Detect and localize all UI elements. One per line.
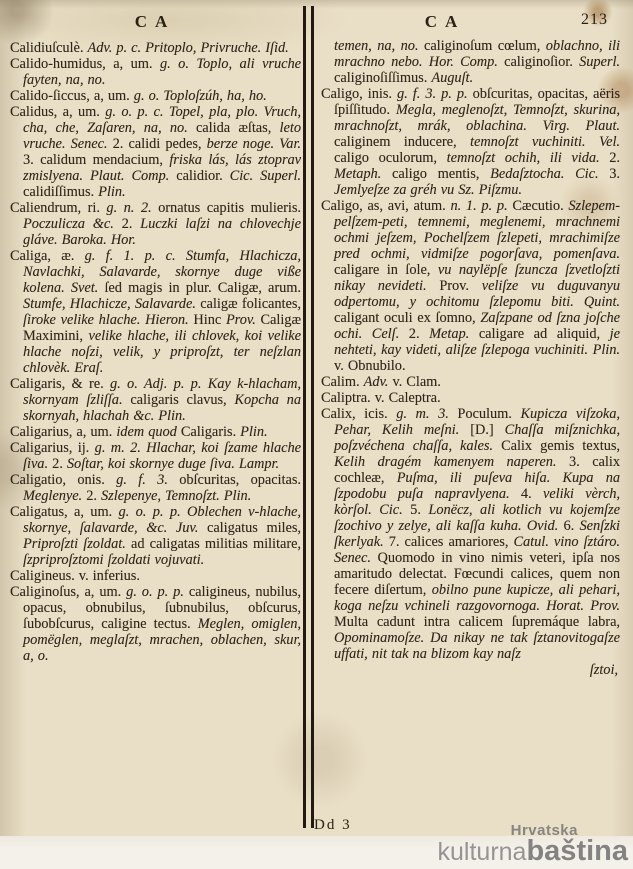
latin-text: caligare ad aliquid,	[479, 326, 610, 342]
dictionary-entry: Caliendrum, ri. g. n. 2. ornatus capitis…	[10, 200, 301, 248]
column-divider-rule	[303, 6, 314, 828]
latin-text: 6.	[564, 518, 580, 534]
latin-text: Caliginoſus, a, um.	[10, 584, 126, 600]
latin-text: Caligineus. v. inferius.	[10, 568, 140, 584]
latin-text: caligo oculorum,	[334, 150, 447, 166]
dictionary-entry: Calix, icis. g. m. 3. Poculum. Kupicza v…	[321, 406, 620, 662]
gloss-text: Adv. p. c. Pritoplo, Privruche. Iſid.	[88, 40, 289, 56]
gloss-text: g. f. 3. p. p.	[397, 86, 473, 102]
latin-text: Caligaris, & re.	[10, 376, 110, 392]
gloss-text: Opominamoſze. Da nikay ne tak ſztanovito…	[334, 630, 620, 662]
latin-text: v. Obnubilo.	[334, 358, 405, 374]
latin-text: Poculum.	[457, 406, 520, 422]
latin-text: Multa cadunt intra calicem ſupremáque la…	[334, 614, 620, 630]
latin-text: caligare in ſole,	[334, 262, 438, 278]
latin-text: Caligo, as, avi, atum.	[321, 198, 450, 214]
gloss-text: Plin.	[240, 424, 267, 440]
right-column: temen, na, no. caliginoſum cœlum, oblach…	[321, 38, 620, 678]
latin-text: caliginoſior.	[504, 54, 579, 70]
latin-text: 4.	[521, 486, 543, 502]
gloss-text: g. f. 3.	[116, 472, 179, 488]
latin-text: 2.	[122, 216, 141, 232]
latin-text: calida æſtas,	[196, 120, 280, 136]
running-header-right: CA	[382, 12, 500, 32]
gloss-text: Meglenye.	[23, 488, 86, 504]
gloss-text: temen, na, no.	[334, 38, 424, 54]
catchword: ſztoi,	[321, 662, 620, 678]
gloss-text: Bedaſztocha. Cic.	[490, 166, 609, 182]
latin-text: 2. calidi pedes,	[113, 136, 207, 152]
dictionary-entry: Caligineus. v. inferius.	[10, 568, 301, 584]
latin-text: Calim.	[321, 374, 364, 390]
book-page-scan: CA CA 213 Calidiuſculè. Adv. p. c. Prito…	[0, 0, 633, 869]
dictionary-entry: Caliga, æ. g. f. 1. p. c. Stumfa, Hlachi…	[10, 248, 301, 376]
latin-text: Calix, icis.	[321, 406, 396, 422]
latin-text: Calido-ſiccus, a, um.	[10, 88, 134, 104]
dictionary-entry: Caligarius, ij. g. m. 2. Hlachar, koi ſz…	[10, 440, 301, 472]
latin-text: 2.	[52, 456, 67, 472]
gloss-text: g. o. p. p.	[126, 584, 189, 600]
gloss-text: Kelih dragém kamenyem naperen.	[334, 454, 569, 470]
latin-text: ornatus capitis mulieris.	[158, 200, 301, 216]
gloss-text: idem quod	[116, 424, 181, 440]
signature-mark: Dd 3	[314, 817, 352, 834]
gloss-text: Plin.	[98, 184, 125, 200]
latin-text: caliginem inducere,	[334, 134, 470, 150]
latin-text: Caligo, inis.	[321, 86, 397, 102]
latin-text: Calix gemis textus,	[501, 438, 620, 454]
latin-text: Calido-humidus, a, um.	[10, 56, 160, 72]
latin-text: Caliptra. v. Caleptra.	[321, 390, 441, 406]
gloss-text: temnoſzt ochih, ili vida.	[447, 150, 610, 166]
latin-text: caligatus miles,	[207, 520, 301, 536]
gloss-text: Jemlyeſze za gréh vu Sz. Piſzmu.	[334, 182, 522, 198]
gloss-text: Cic. Superl.	[230, 168, 301, 184]
dictionary-entry: Caliptra. v. Caleptra.	[321, 390, 620, 406]
latin-text: Hinc	[193, 312, 226, 328]
dictionary-entry: Caligatus, a, um. g. o. p. p. Oblechen v…	[10, 504, 301, 568]
watermark-kulturna-text: kulturna	[438, 838, 527, 866]
dictionary-entry: Calidiuſculè. Adv. p. c. Pritoplo, Privr…	[10, 40, 301, 56]
latin-text: Cæcutio.	[512, 198, 568, 214]
latin-text: 5.	[410, 502, 428, 518]
gloss-text: ſiroke velike hlache. Hieron.	[23, 312, 193, 328]
latin-text: calidior.	[176, 168, 229, 184]
dictionary-entry: Calim. Adv. v. Clam.	[321, 374, 620, 390]
watermark-bastina-text: baština	[526, 835, 628, 867]
gloss-text: Metaph.	[334, 166, 392, 182]
gloss-text: Poczulicza &c.	[23, 216, 122, 232]
gloss-text: Szlepenye, Temnoſzt. Plin.	[101, 488, 251, 504]
latin-text: 3. calidum mendacium,	[23, 152, 169, 168]
latin-text: caligæ folicantes,	[200, 296, 301, 312]
latin-text: Caligarius, ij.	[10, 440, 95, 456]
gloss-text: Superl.	[579, 54, 620, 70]
dictionary-entry: Calido-ſiccus, a, um. g. o. Toploſzúh, h…	[10, 88, 301, 104]
latin-text: Caliga, æ.	[10, 248, 85, 264]
latin-text: 2.	[609, 150, 620, 166]
left-column: Calidiuſculè. Adv. p. c. Pritoplo, Privr…	[10, 40, 301, 664]
gloss-text: Prov.	[226, 312, 261, 328]
dictionary-entry: Caligarius, a, um. idem quod Caligaris. …	[10, 424, 301, 440]
gloss-text: g. o. Toploſzúh, ha, ho.	[134, 88, 267, 104]
latin-text: Calidiuſculè.	[10, 40, 88, 56]
latin-text: Caliendrum, ri.	[10, 200, 106, 216]
latin-text: Caligatio, onis.	[10, 472, 116, 488]
gloss-text: Auguſt.	[431, 70, 473, 86]
gloss-text: Priproſzti ſzoldat.	[23, 536, 131, 552]
latin-text: ſed magis in plur. Caligæ, arum.	[104, 280, 301, 296]
latin-text: obſcuritas, opacitas.	[179, 472, 301, 488]
gloss-text: temnoſzt vuchiniti. Vel.	[470, 134, 620, 150]
gloss-text: ſzpriproſztomi ſzoldati vojuvati.	[23, 552, 204, 568]
dictionary-entry: Calido-humidus, a, um. g. o. Toplo, ali …	[10, 56, 301, 88]
dictionary-entry: Caliginoſus, a, um. g. o. p. p. caligine…	[10, 584, 301, 664]
gloss-text: berze noge. Var.	[207, 136, 301, 152]
page-number: 213	[533, 11, 608, 29]
gloss-text: g. m. 3.	[396, 406, 457, 422]
dictionary-entry: Calidus, a, um. g. o. p. c. Topel, pla, …	[10, 104, 301, 200]
gloss-text: Soſtar, koi skornye duge ſiva. Lampr.	[67, 456, 279, 472]
latin-text: 2.	[86, 488, 101, 504]
watermark-logo: Hrvatska kulturnabaština	[438, 823, 628, 866]
gloss-text: Stumfe, Hlachicze, Salavarde.	[23, 296, 200, 312]
latin-text: caligo mentis,	[392, 166, 490, 182]
latin-text: ad caligatas militias militare,	[131, 536, 301, 552]
gloss-text: Adv.	[364, 374, 393, 390]
latin-text: calidiſſimus.	[23, 184, 98, 200]
gloss-text: Metap.	[429, 326, 479, 342]
dictionary-entry: Caligaris, & re. g. o. Adj. p. p. Kay k-…	[10, 376, 301, 424]
latin-text: caliginoſum cœlum,	[424, 38, 546, 54]
latin-text: 3.	[609, 166, 620, 182]
gloss-text: n. 1. p. p.	[450, 198, 512, 214]
latin-text: 2.	[409, 326, 429, 342]
dictionary-entry: Caligo, as, avi, atum. n. 1. p. p. Cæcut…	[321, 198, 620, 374]
gloss-text: g. n. 2.	[106, 200, 158, 216]
running-header-left: CA	[92, 12, 210, 32]
latin-text: v. Clam.	[392, 374, 440, 390]
latin-text: Caligatus, a, um.	[10, 504, 119, 520]
latin-text: Caligarius, a, um.	[10, 424, 116, 440]
watermark-kulturnabastina: kulturnabaština	[438, 837, 628, 866]
latin-text: caligant oculi ex ſomno,	[334, 310, 480, 326]
latin-text: [D.]	[470, 422, 504, 438]
dictionary-entry: Caligo, inis. g. f. 3. p. p. obſcuritas,…	[321, 86, 620, 198]
dictionary-entry: temen, na, no. caliginoſum cœlum, oblach…	[321, 38, 620, 86]
latin-text: 7. calices amariores,	[389, 534, 514, 550]
dictionary-entry: Caligatio, onis. g. f. 3. obſcuritas, op…	[10, 472, 301, 504]
latin-text: Calidus, a, um.	[10, 104, 105, 120]
latin-text: Caligaris.	[181, 424, 240, 440]
latin-text: caligaris clavus,	[130, 392, 234, 408]
latin-text: caliginoſiſſimus.	[334, 70, 431, 86]
latin-text: Prov.	[439, 278, 481, 294]
